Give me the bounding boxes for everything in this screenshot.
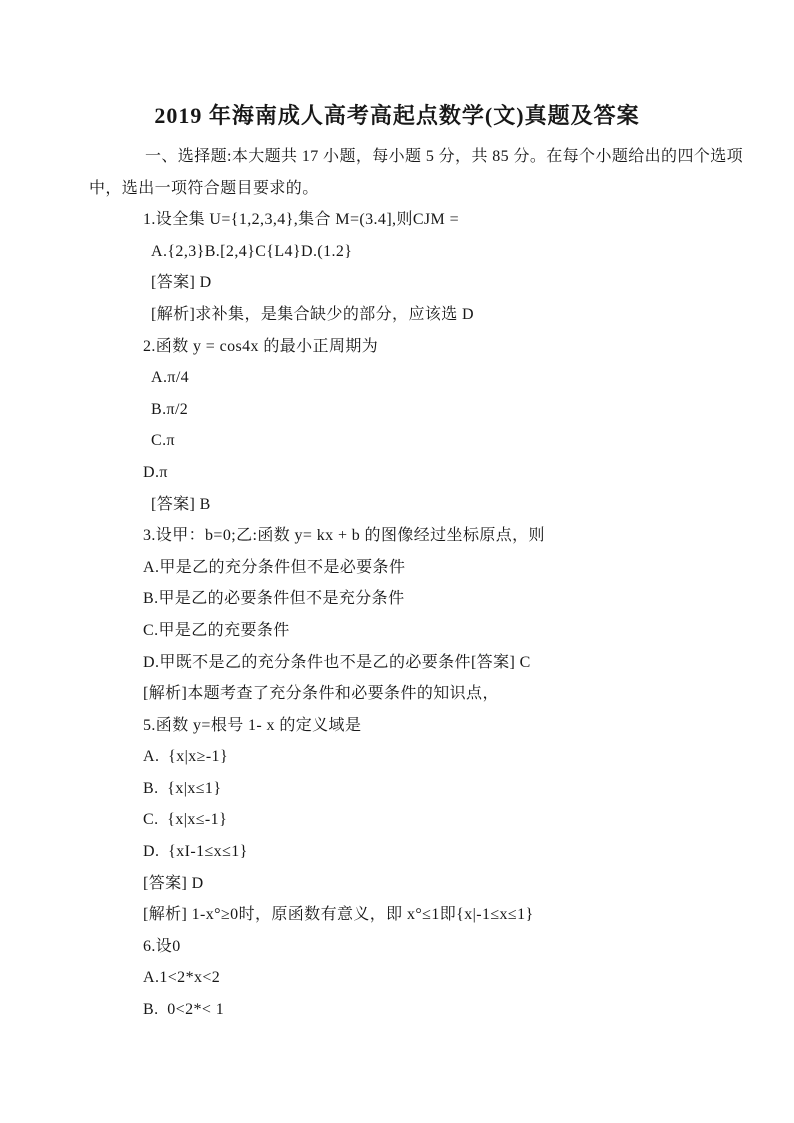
question-1-analysis: [解析]求补集，是集合缺少的部分，应该选 D [89, 299, 749, 331]
page-title: 2019 年海南成人高考高起点数学(文)真题及答案 [0, 99, 794, 130]
question-2-option-b: B.π/2 [89, 394, 749, 426]
document-body: 一、选择题:本大题共 17 小题，每小题 5 分，共 85 分。在每个小题给出的… [89, 141, 749, 1026]
question-1-options: A.{2,3}B.[2,4}C{L4}D.(1.2} [89, 236, 749, 268]
question-5-stem: 5.函数 y=根号 1- x 的定义域是 [89, 710, 749, 742]
question-2-option-a: A.π/4 [89, 362, 749, 394]
question-3-stem: 3.设甲：b=0;乙:函数 y= kx + b 的图像经过坐标原点，则 [89, 520, 749, 552]
question-1-stem: 1.设全集 U={1,2,3,4},集合 M=(3.4],则CJM = [89, 204, 749, 236]
question-6-option-b: B. 0<2*< 1 [89, 994, 749, 1026]
question-6-stem: 6.设0 [89, 931, 749, 963]
question-3-option-d-with-answer: D.甲既不是乙的充分条件也不是乙的必要条件[答案] C [89, 647, 749, 679]
question-5-answer: [答案] D [89, 868, 749, 900]
question-2-option-c: C.π [89, 425, 749, 457]
question-5-option-a: A. {x|x≥-1} [89, 741, 749, 773]
question-3-option-c: C.甲是乙的充要条件 [89, 615, 749, 647]
question-2-answer: [答案] B [89, 489, 749, 521]
question-6-option-a: A.1<2*x<2 [89, 962, 749, 994]
question-5-option-d: D. {xI-1≤x≤1} [89, 836, 749, 868]
question-2-option-d: D.π [89, 457, 749, 489]
question-1-answer: [答案] D [89, 267, 749, 299]
question-3-option-b: B.甲是乙的必要条件但不是充分条件 [89, 583, 749, 615]
question-3-analysis: [解析]本题考查了充分条件和必要条件的知识点， [89, 678, 749, 710]
exam-document-page: 2019 年海南成人高考高起点数学(文)真题及答案 一、选择题:本大题共 17 … [0, 0, 794, 1123]
question-3-option-a: A.甲是乙的充分条件但不是必要条件 [89, 552, 749, 584]
section-intro-line-2: 中，选出一项符合题目要求的。 [89, 173, 749, 205]
question-2-stem: 2.函数 y = cos4x 的最小正周期为 [89, 331, 749, 363]
section-intro-line-1: 一、选择题:本大题共 17 小题，每小题 5 分，共 85 分。在每个小题给出的… [89, 141, 749, 173]
question-5-analysis: [解析] 1-x°≥0时，原函数有意义，即 x°≤1即{x|-1≤x≤1} [89, 899, 749, 931]
question-5-option-c: C. {x|x≤-1} [89, 804, 749, 836]
question-5-option-b: B. {x|x≤1} [89, 773, 749, 805]
